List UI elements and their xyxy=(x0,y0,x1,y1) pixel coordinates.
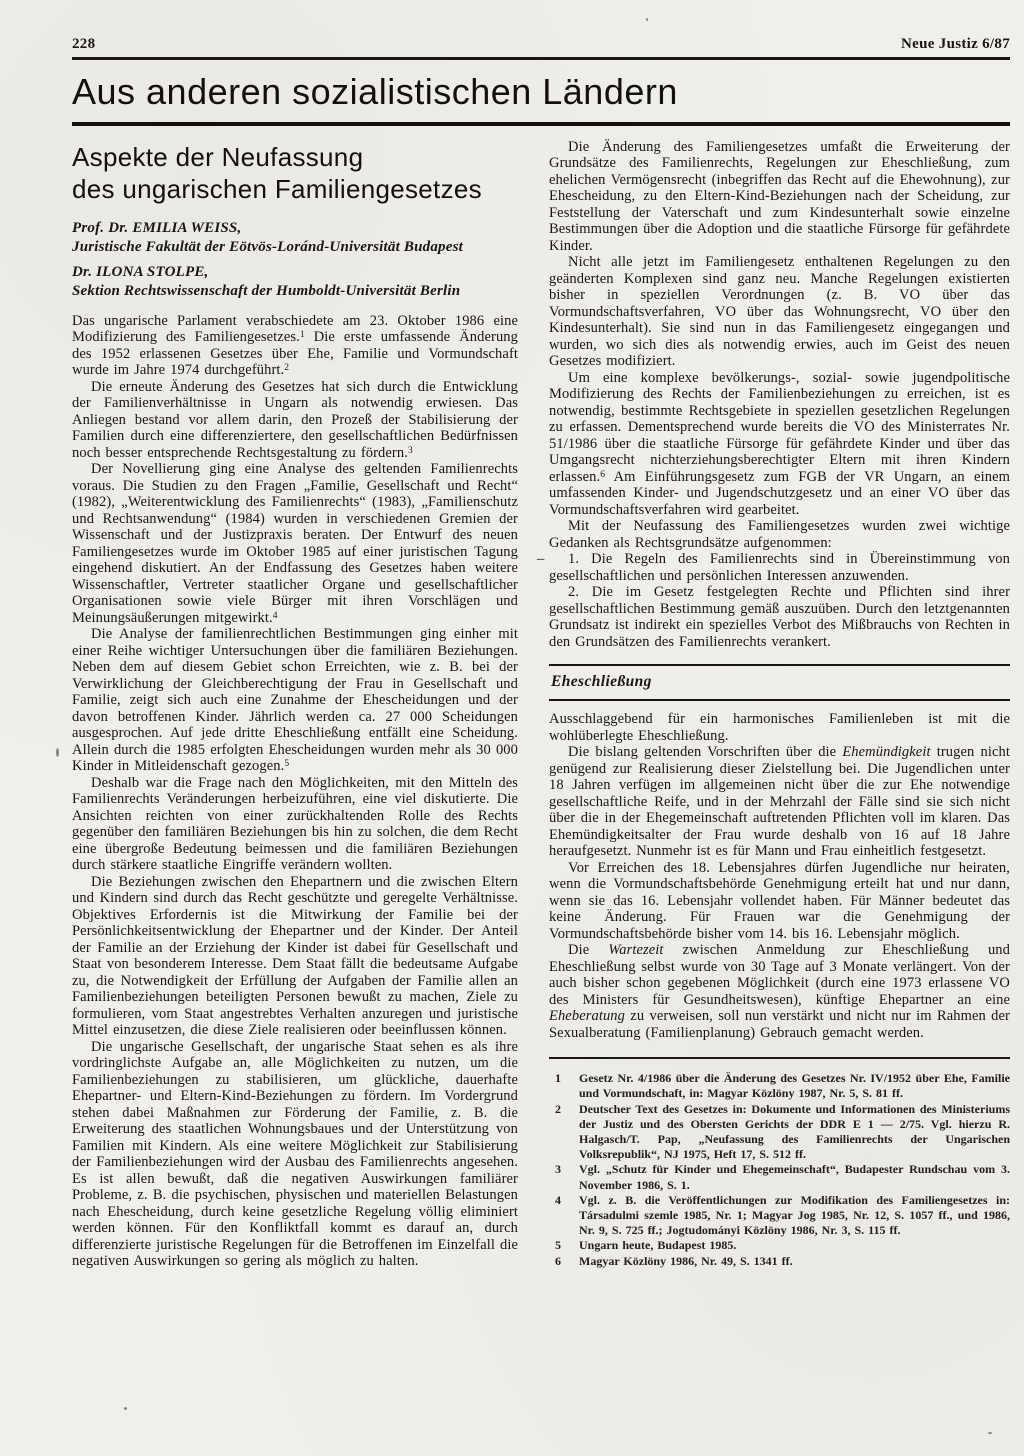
emphasized-term: Ehemündigkeit xyxy=(842,744,930,760)
text-run: Die bislang geltenden Vorschriften über … xyxy=(568,744,842,760)
footnote-number: 3 xyxy=(555,1162,561,1177)
paragraph: Mit der Neufassung des Familiengesetzes … xyxy=(549,518,1010,551)
footnote: 6Magyar Közlöny 1986, Nr. 49, S. 1341 ff… xyxy=(555,1254,1010,1269)
section-rule xyxy=(72,122,1010,126)
left-column: Aspekte der Neufassung des ungarischen F… xyxy=(72,139,518,1270)
footnote-ref: 3 xyxy=(408,446,413,456)
author-affiliation: Sektion Rechtswissenschaft der Humboldt-… xyxy=(72,282,518,301)
paragraph: Die Änderung des Familiengesetzes umfaßt… xyxy=(549,139,1010,255)
page-content: 228 Neue Justiz 6/87 Aus anderen soziali… xyxy=(72,36,1010,1270)
paragraph: 2. Die im Gesetz festgelegten Rechte und… xyxy=(549,584,1010,650)
subheading-rule-bottom xyxy=(549,699,1010,701)
paragraph: –1. Die Regeln des Familienrechts sind i… xyxy=(549,551,1010,584)
footnote: 1Gesetz Nr. 4/1986 über die Änderung des… xyxy=(555,1071,1010,1101)
text-run: Um eine komplexe bevölkerungs-, sozial- … xyxy=(549,370,1010,485)
article-title-line1: Aspekte der Neufassung xyxy=(72,142,363,172)
footnote-number: 4 xyxy=(555,1193,561,1208)
page-number: 228 xyxy=(72,36,95,53)
emphasized-term: Wartezeit xyxy=(608,942,663,958)
footnote-ref: 4 xyxy=(273,611,278,621)
footnote-text: Deutscher Text des Gesetzes in: Dokument… xyxy=(579,1102,1010,1162)
text-run: Die Beziehungen zwischen den Ehepartnern… xyxy=(72,874,518,1039)
footnote-text: Ungarn heute, Budapest 1985. xyxy=(579,1238,736,1252)
right-column: Die Änderung des Familiengesetzes umfaßt… xyxy=(549,139,1010,1270)
author-name: Prof. Dr. EMILIA WEISS, xyxy=(72,219,518,238)
footnote-text: Gesetz Nr. 4/1986 über die Änderung des … xyxy=(579,1071,1010,1100)
margin-pen-mark: – xyxy=(537,551,543,568)
text-run: Vor Erreichen des 18. Lebensjahres dürfe… xyxy=(549,860,1010,942)
header-rule xyxy=(72,57,1010,60)
emphasized-term: Eheberatung xyxy=(549,1008,625,1024)
text-run: Nicht alle jetzt im Familiengesetz entha… xyxy=(549,254,1010,369)
paragraph: Die ungarische Gesellschaft, der ungaris… xyxy=(72,1039,518,1270)
footnote-number: 2 xyxy=(555,1102,561,1117)
paragraph: Das ungarische Parlament verabschiedete … xyxy=(72,313,518,379)
paragraph: Die erneute Änderung des Gesetzes hat si… xyxy=(72,379,518,462)
footnote-rule xyxy=(549,1057,1010,1059)
paragraph: Um eine komplexe bevölkerungs-, sozial- … xyxy=(549,370,1010,519)
footnote-number: 6 xyxy=(555,1254,561,1269)
text-run: 1. Die Regeln des Familienrechts sind in… xyxy=(549,551,1010,584)
footnote-ref: 6 xyxy=(600,470,605,480)
text-run: Mit der Neufassung des Familiengesetzes … xyxy=(549,518,1010,551)
text-run: 2. Die im Gesetz festgelegten Rechte und… xyxy=(549,584,1010,650)
right-column-body-bottom: Ausschlaggebend für ein harmonisches Fam… xyxy=(549,711,1010,1041)
running-head: 228 Neue Justiz 6/87 xyxy=(72,36,1010,53)
footnotes: 1Gesetz Nr. 4/1986 über die Änderung des… xyxy=(549,1071,1010,1269)
left-column-body: Das ungarische Parlament verabschiedete … xyxy=(72,313,518,1270)
paragraph: Der Novellierung ging eine Analyse des g… xyxy=(72,461,518,626)
scanned-page: 228 Neue Justiz 6/87 Aus anderen soziali… xyxy=(0,0,1024,1456)
scan-speck xyxy=(646,18,648,21)
footnote-ref: 5 xyxy=(284,759,289,769)
text-run: Der Novellierung ging eine Analyse des g… xyxy=(72,461,518,626)
right-column-body-top: Die Änderung des Familiengesetzes umfaßt… xyxy=(549,139,1010,651)
text-run: Am Einführungsgesetz zum FGB der VR Unga… xyxy=(549,469,1010,518)
footnote: 4Vgl. z. B. die Veröffentlichungen zur M… xyxy=(555,1193,1010,1239)
footnote: 5Ungarn heute, Budapest 1985. xyxy=(555,1238,1010,1253)
text-run: Deshalb war die Frage nach den Möglichke… xyxy=(72,775,518,874)
text-run: Die ungarische Gesellschaft, der ungaris… xyxy=(72,1039,518,1270)
subheading-block: Eheschließung xyxy=(549,664,1010,701)
footnote-text: Vgl. z. B. die Veröffentlichungen zur Mo… xyxy=(579,1193,1010,1237)
author: Prof. Dr. EMILIA WEISS, Juristische Faku… xyxy=(72,219,518,257)
footnote-text: Magyar Közlöny 1986, Nr. 49, S. 1341 ff. xyxy=(579,1254,793,1268)
footnote: 3Vgl. „Schutz für Kinder und Ehegemeinsc… xyxy=(555,1162,1010,1192)
text-run: Die xyxy=(568,942,608,958)
text-run: Die Änderung des Familiengesetzes umfaßt… xyxy=(549,139,1010,254)
footnote-number: 5 xyxy=(555,1238,561,1253)
article-title: Aspekte der Neufassung des ungarischen F… xyxy=(72,141,518,205)
author: Dr. ILONA STOLPE, Sektion Rechtswissensc… xyxy=(72,263,518,301)
section-title: Aus anderen sozialistischen Ländern xyxy=(72,72,1010,112)
scan-speck xyxy=(124,1407,127,1410)
paragraph: Ausschlaggebend für ein harmonisches Fam… xyxy=(549,711,1010,744)
paragraph: Die Analyse der familienrechtlichen Best… xyxy=(72,626,518,775)
footnote-ref: 1 xyxy=(300,330,305,340)
journal-ref: Neue Justiz 6/87 xyxy=(901,36,1010,53)
two-column-layout: Aspekte der Neufassung des ungarischen F… xyxy=(72,139,1010,1270)
article-title-line2: des ungarischen Familiengesetzes xyxy=(72,174,482,204)
authors-block: Prof. Dr. EMILIA WEISS, Juristische Faku… xyxy=(72,219,518,301)
text-run: Die Analyse der familienrechtlichen Best… xyxy=(72,626,518,774)
paragraph: Die bislang geltenden Vorschriften über … xyxy=(549,744,1010,860)
subheading: Eheschließung xyxy=(549,666,1010,699)
text-run: trugen nicht genügend zur Realisierung d… xyxy=(549,744,1010,859)
paragraph: Die Beziehungen zwischen den Ehepartnern… xyxy=(72,874,518,1039)
text-run: Die erneute Änderung des Gesetzes hat si… xyxy=(72,379,518,461)
paragraph: Vor Erreichen des 18. Lebensjahres dürfe… xyxy=(549,860,1010,943)
paragraph: Deshalb war die Frage nach den Möglichke… xyxy=(72,775,518,874)
footnote: 2Deutscher Text des Gesetzes in: Dokumen… xyxy=(555,1102,1010,1163)
footnote-number: 1 xyxy=(555,1071,561,1086)
paragraph: Nicht alle jetzt im Familiengesetz entha… xyxy=(549,254,1010,370)
paragraph: Die Wartezeit zwischen Anmeldung zur Ehe… xyxy=(549,942,1010,1041)
author-name: Dr. ILONA STOLPE, xyxy=(72,263,518,282)
scan-speck xyxy=(56,748,59,757)
footnote-text: Vgl. „Schutz für Kinder und Ehegemeinsch… xyxy=(579,1162,1010,1191)
footnote-ref: 2 xyxy=(284,363,289,373)
scan-speck xyxy=(988,1432,992,1434)
author-affiliation: Juristische Fakultät der Eötvös-Loránd-U… xyxy=(72,238,518,257)
text-run: Ausschlaggebend für ein harmonisches Fam… xyxy=(549,711,1010,744)
